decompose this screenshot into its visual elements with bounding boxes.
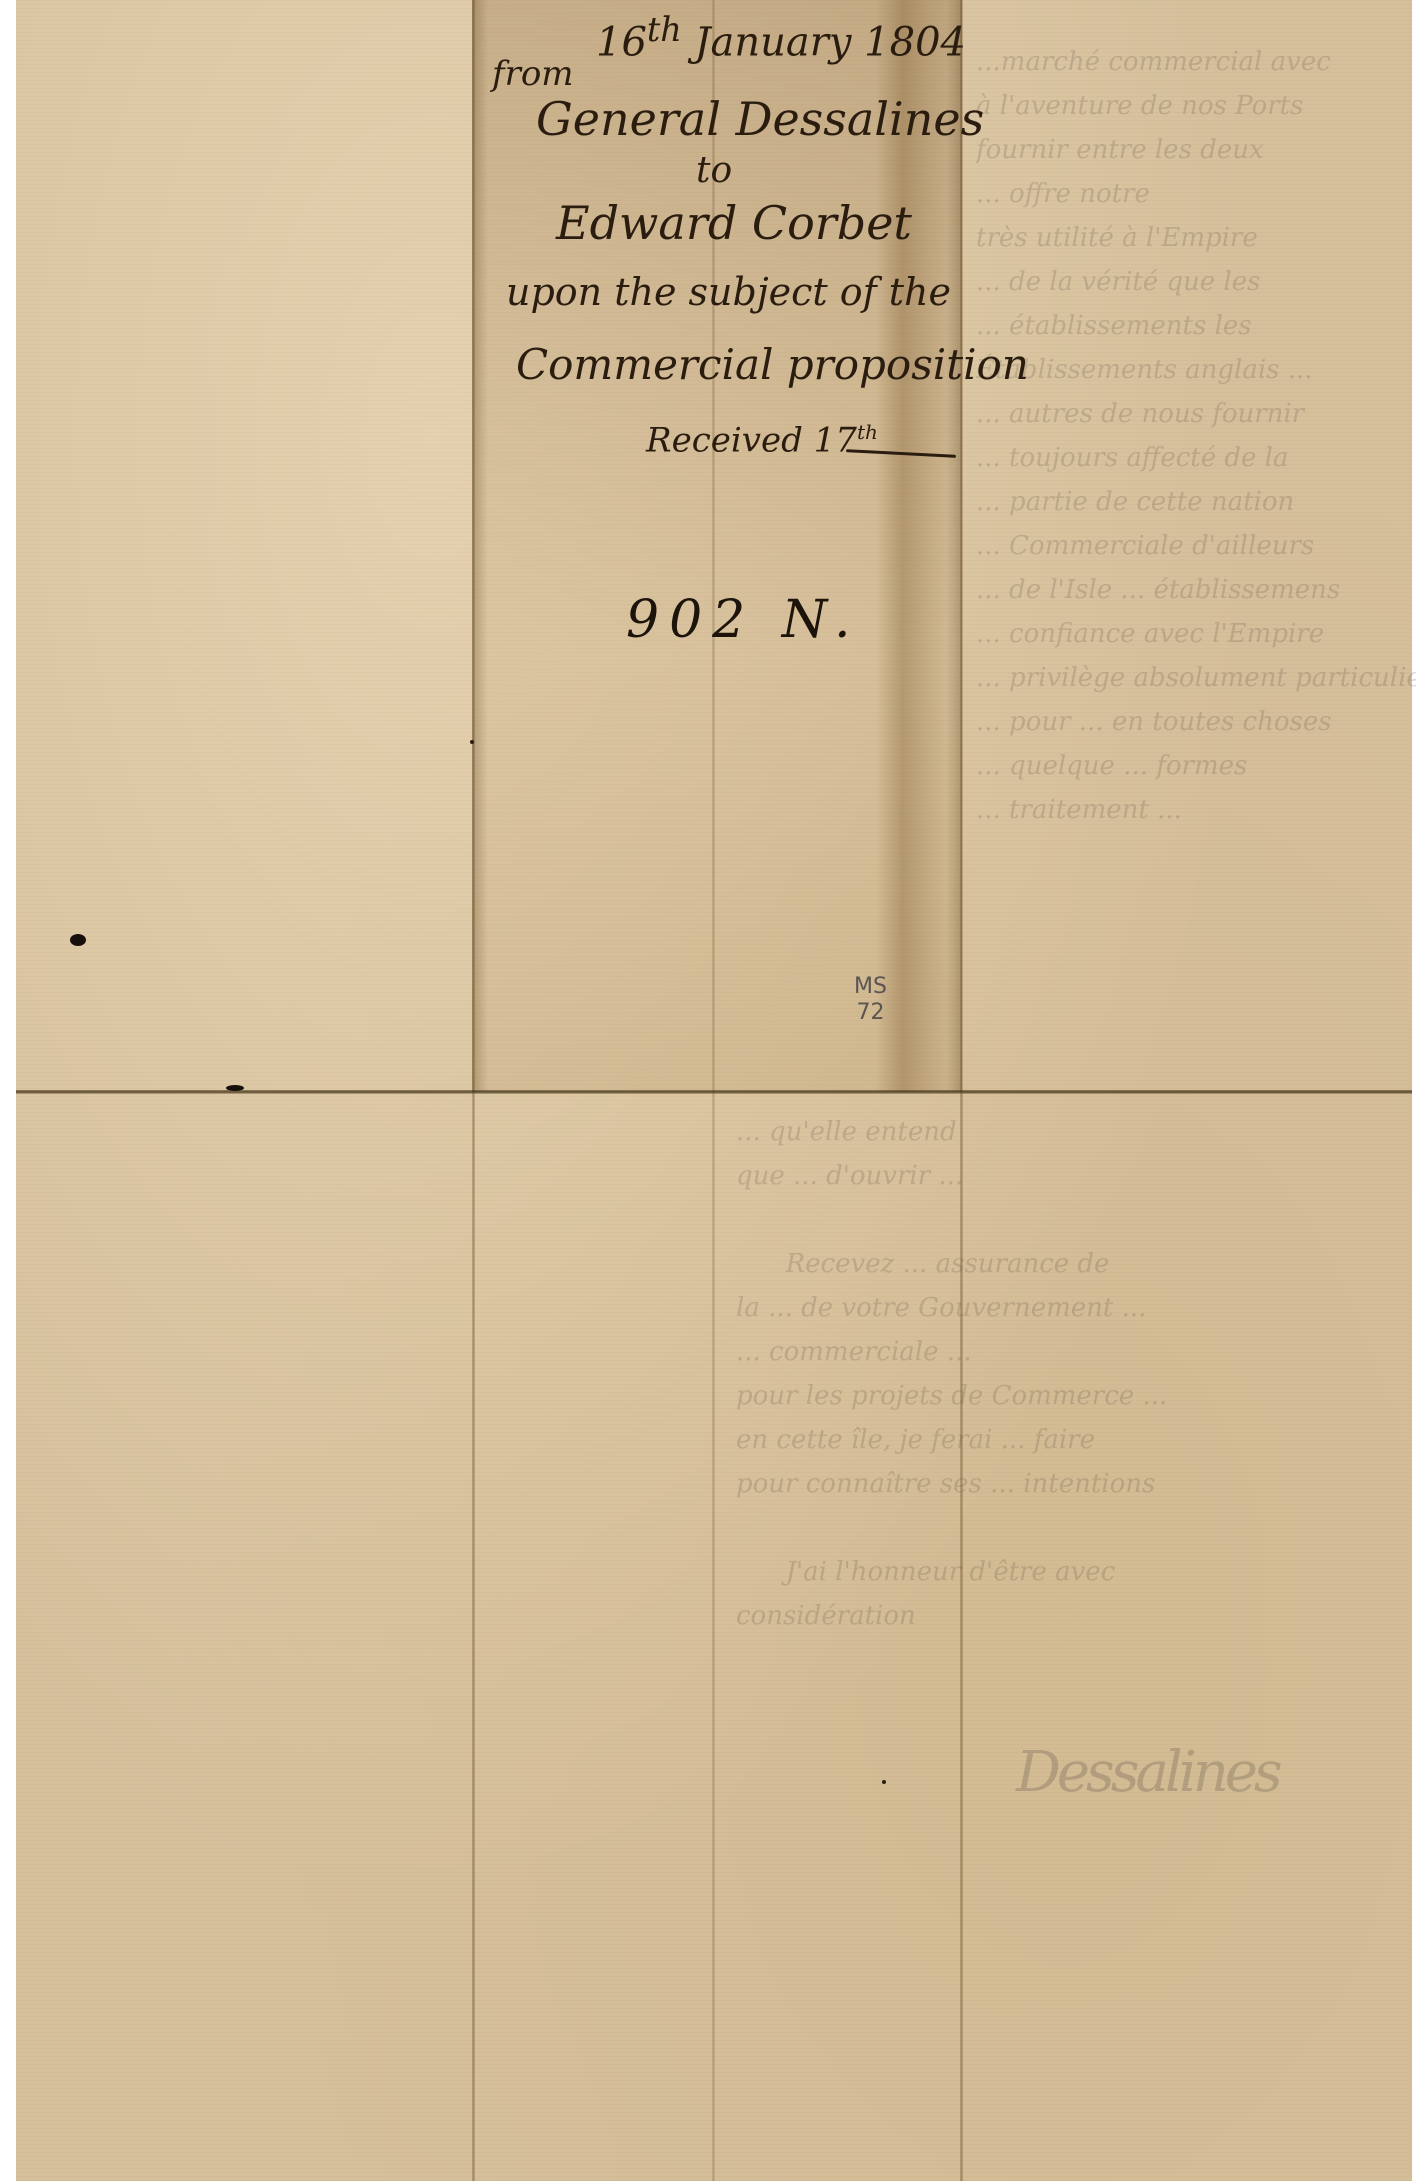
archive-pencil-mark: MS 72 [854, 974, 887, 1026]
docket-subject-line: upon the subject of the [506, 270, 951, 314]
docket-date: 16th January 1804 [596, 10, 966, 65]
ink-dot [470, 740, 474, 744]
manuscript-page: ...marché commercial avec à l'aventure d… [16, 0, 1412, 2181]
ink-blot [70, 934, 86, 946]
bleed-through-text: ...marché commercial avec à l'aventure d… [976, 40, 1416, 1080]
catalog-number: 902 N. [626, 590, 860, 650]
docket-to-label: to [696, 150, 732, 191]
docket-sender: General Dessalines [536, 92, 984, 146]
ink-blot [226, 1085, 244, 1091]
bleed-through-text: ... qu'elle entend que ... d'ouvrir ... … [736, 1110, 1416, 1670]
docket-from-label: from [492, 54, 574, 94]
docket-received: Received 17th [646, 420, 878, 460]
ink-dot [882, 1780, 886, 1784]
horizontal-fold-line [16, 1090, 1412, 1094]
docket-subject: Commercial proposition [516, 340, 1029, 389]
water-streak-stain [876, 0, 956, 1092]
signature-bleed-through: Dessalines [1016, 1740, 1279, 1805]
docket-recipient: Edward Corbet [556, 196, 912, 250]
